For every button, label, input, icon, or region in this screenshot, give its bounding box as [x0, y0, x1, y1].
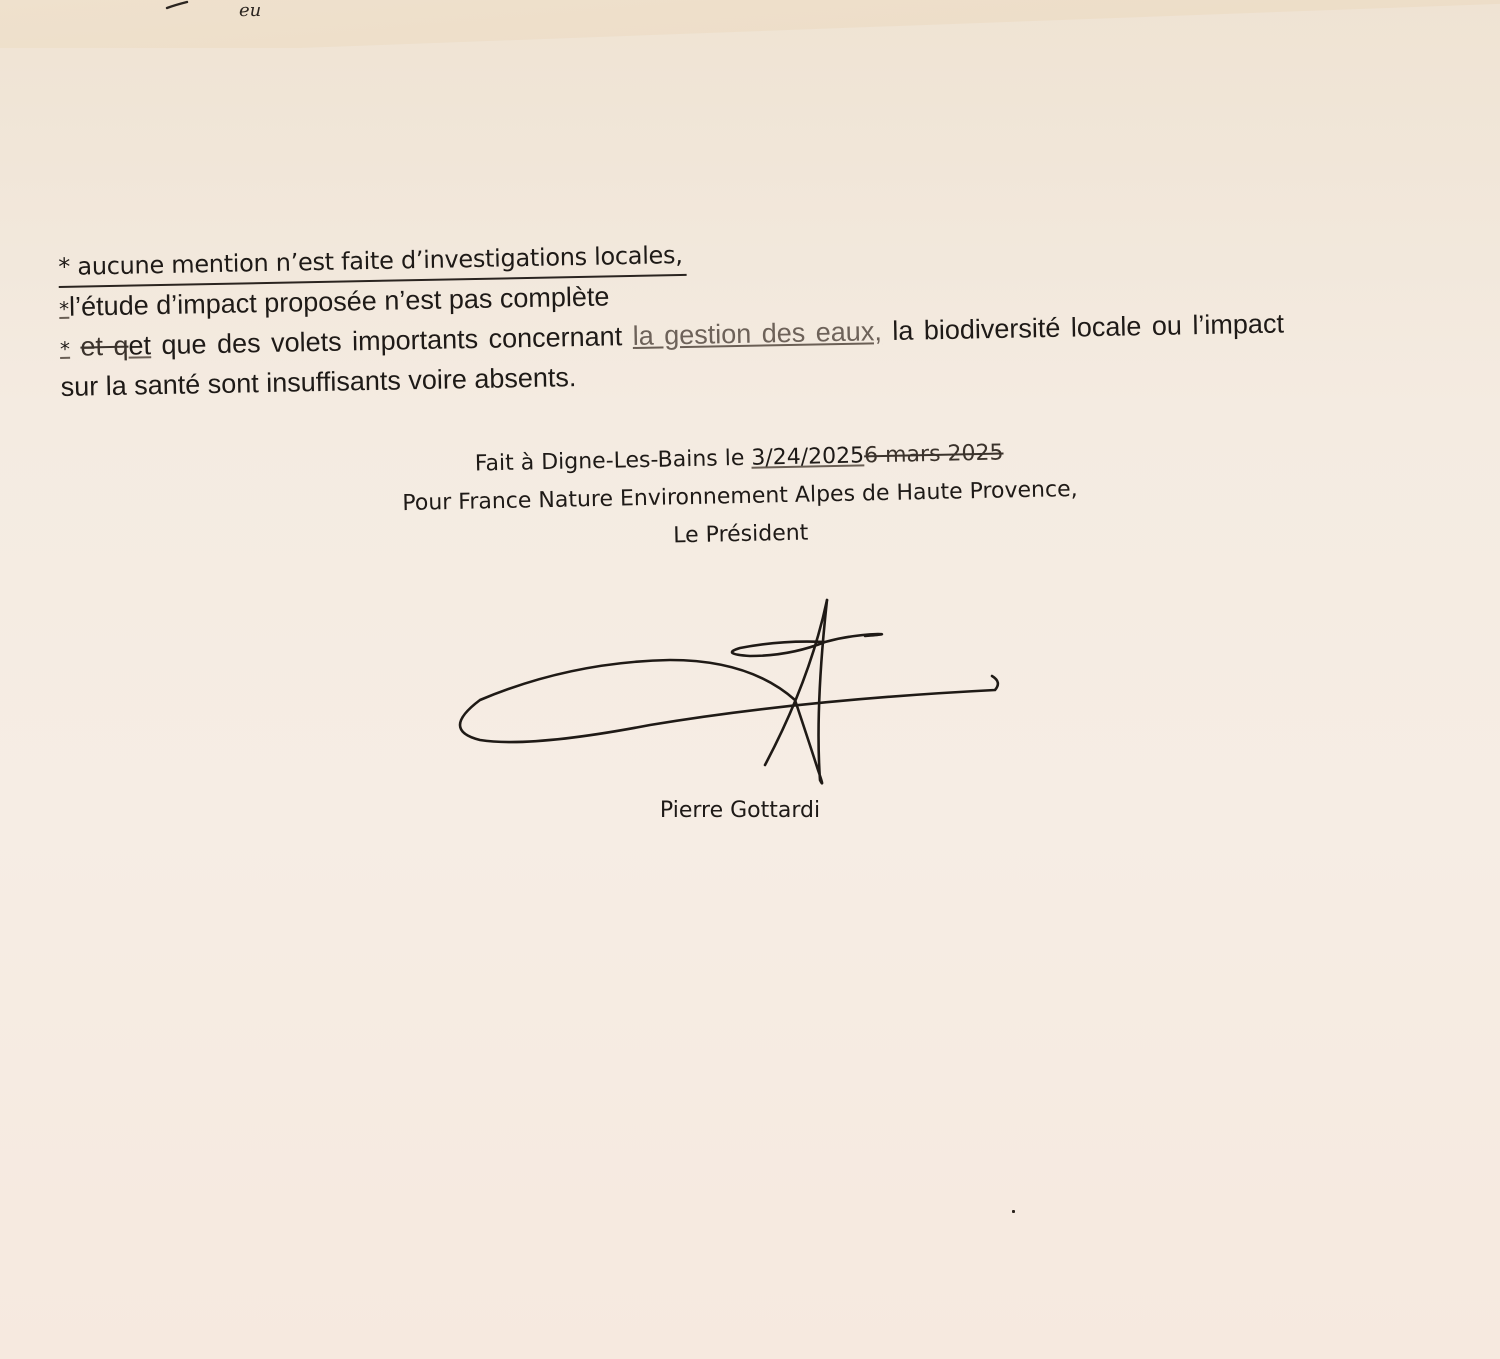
closing-block: Fait à Digne-Les-Bains le 3/24/20256 mar… [339, 432, 1141, 563]
place-text: Fait à Digne-Les-Bains le [475, 446, 752, 477]
date-struck: 6 mars 2025 [864, 440, 1004, 468]
handwriting-scribble-icon: eu [165, 0, 285, 22]
bullet-text: l’étude d’impact proposée n’est pas comp… [69, 281, 610, 321]
underlined-text: la gestion des eaux, [632, 316, 882, 351]
objection-list: * aucune mention n’est faite d’investiga… [58, 222, 1441, 406]
signer-name: Pierre Gottardi [0, 798, 1480, 823]
handwritten-signature-icon [450, 590, 1010, 790]
svg-text:eu: eu [239, 0, 261, 21]
paper-speck [1012, 1210, 1015, 1213]
struck-text: et q [80, 331, 129, 362]
bullet-text-end: la biodiversité locale ou l’impact [881, 308, 1284, 346]
document-page: eu * aucune mention n’est faite d’invest… [0, 0, 1500, 1359]
bullet-marker: * [58, 253, 70, 281]
bullet-text: que des volets importants concernant [151, 321, 633, 360]
bullet-marker: * [59, 297, 69, 321]
date-new: 3/24/2025 [751, 443, 864, 470]
bullet-marker: * [60, 337, 70, 361]
inserted-text: et [128, 330, 151, 360]
bullet-text: aucune mention n’est faite d’investigati… [77, 241, 683, 281]
